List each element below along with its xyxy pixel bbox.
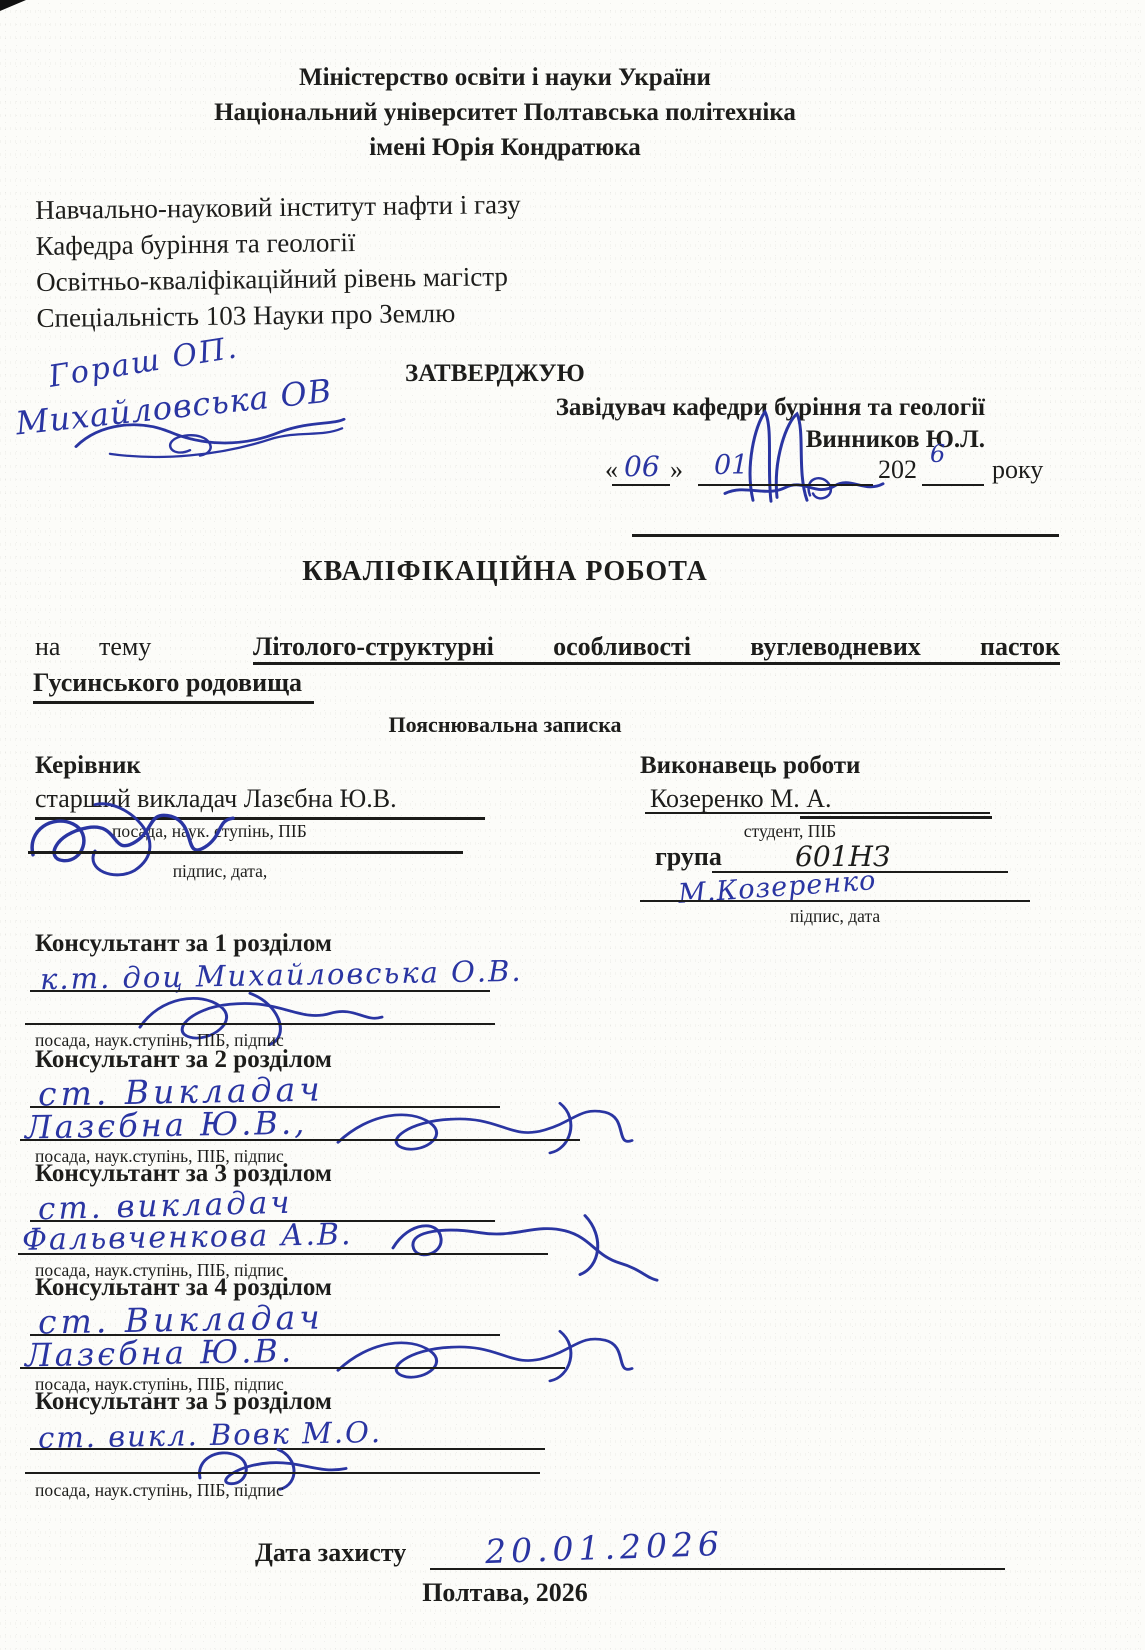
supervisor-sign-caption: підпис, дата,	[130, 861, 310, 882]
document-header: Міністерство освіти і науки України Наці…	[0, 60, 1010, 165]
theme-word: вуглеводневих	[750, 632, 921, 662]
supervisor-sign-line	[28, 851, 463, 854]
theme-word: пасток	[980, 632, 1060, 662]
date-day-underline	[612, 484, 670, 486]
consultant-4-signature	[330, 1326, 640, 1388]
specialty-line: Спеціальність 103 Науки про Землю	[36, 294, 522, 336]
approval-title: ЗАТВЕРДЖУЮ	[405, 360, 585, 388]
scan-corner-artifact	[0, 0, 26, 11]
consultant-3-signature	[385, 1208, 665, 1284]
group-label: група	[655, 842, 722, 872]
consultant-3-hand-line2: Фальвченкова А.В.	[22, 1217, 353, 1258]
defense-date-label: Дата захисту	[255, 1538, 406, 1568]
date-year-suffix: року	[992, 455, 1043, 485]
executor-sign-caption: підпис, дата	[745, 906, 925, 927]
city-year: Полтава, 2026	[0, 1578, 1010, 1608]
handwritten-flourish-signature	[70, 412, 350, 462]
consultant-2-underline-b	[20, 1139, 580, 1141]
consultant-5-caption: посада, наук.ступінь, ПІБ, підпис	[35, 1480, 284, 1501]
executor-caption: студент, ПІБ	[700, 821, 880, 842]
supervisor-label: Керівник	[35, 752, 141, 780]
work-title: КВАЛІФІКАЦІЙНА РОБОТА	[0, 556, 1010, 588]
executor-name-underline-2	[800, 816, 992, 819]
date-month-handwritten: 01	[714, 450, 748, 481]
institute-line: Навчально-науковий інститут нафти і газу	[35, 186, 521, 228]
consultant-3-underline-b	[18, 1253, 548, 1255]
date-day-handwritten: 06	[624, 450, 660, 483]
department-line: Кафедра буріння та геології	[35, 222, 521, 264]
consultant-1-underline-b	[25, 1023, 495, 1025]
approval-bottom-rule	[632, 534, 1059, 537]
consultant-4-underline-b	[20, 1367, 565, 1369]
theme-word: особливості	[553, 632, 691, 662]
theme-line1: Літолого-структурні особливості вуглевод…	[253, 628, 1060, 665]
defense-date-handwritten: 20.01.2026	[484, 1524, 724, 1571]
scanned-title-page: Міністерство освіти і науки України Наці…	[0, 0, 1145, 1650]
date-year-printed: 202	[878, 455, 917, 485]
consultant-2-signature	[330, 1098, 640, 1160]
date-quote-open: «	[605, 455, 618, 485]
date-quote-close: »	[670, 455, 683, 485]
consultant-5-underline-b	[25, 1472, 540, 1474]
date-year-handwritten: 6	[930, 440, 945, 468]
executor-sign-line	[640, 900, 1030, 902]
executor-name: Козеренко М. А.	[650, 784, 832, 814]
theme-word: Літолого-структурні	[253, 632, 494, 662]
date-year-underline	[922, 484, 984, 486]
university-line: Національний університет Полтавська полі…	[0, 95, 1010, 130]
date-month-underline	[698, 484, 873, 486]
institute-block: Навчально-науковий інститут нафти і газу…	[35, 186, 522, 336]
ministry-line: Міністерство освіти і науки України	[0, 60, 1010, 95]
theme-prefix: на тему	[35, 632, 151, 662]
theme-line2: Гусинського родовища	[33, 668, 314, 704]
qualification-level-line: Освітньо-кваліфікаційний рівень магістр	[36, 258, 522, 300]
executor-label: Виконавець роботи	[640, 752, 860, 780]
executor-name-underline	[645, 812, 990, 814]
university-name-line: імені Юрія Кондратюка	[0, 130, 1010, 165]
consultant-1-title: Консультант за 1 розділом	[35, 930, 332, 958]
consultant-5-title: Консультант за 5 розділом	[35, 1388, 332, 1416]
note-subtitle: Пояснювальна записка	[0, 712, 1010, 738]
